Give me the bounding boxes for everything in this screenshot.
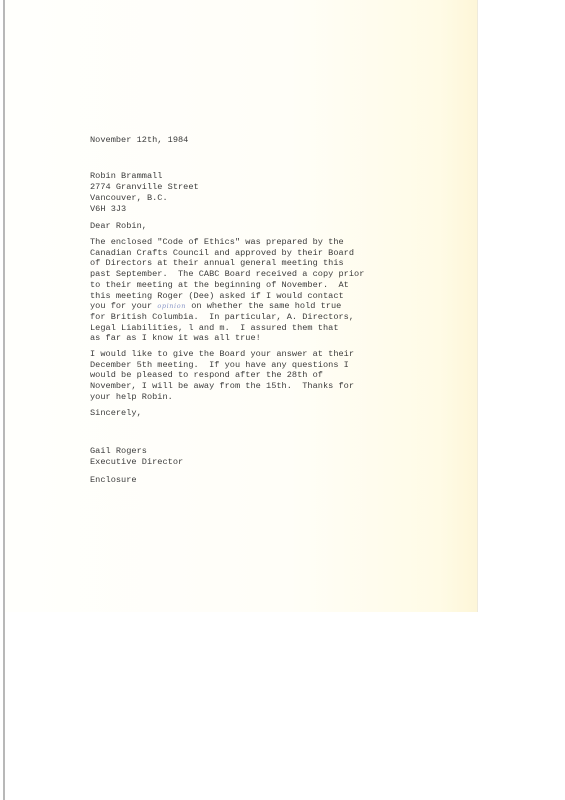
- paragraph-line: as far as I know it was all true!: [90, 333, 261, 344]
- typed-text: on whether the same hold true: [186, 301, 341, 311]
- signature-block: Gail Rogers Executive Director: [90, 420, 121, 460]
- paragraph-line: Legal Liabilities, l and m. I assured th…: [90, 323, 339, 334]
- letter-date: November 12th, 1984: [90, 135, 188, 146]
- handwritten-annotation: opinion: [157, 302, 186, 310]
- paragraph-line: of Directors at their annual general mee…: [90, 258, 344, 269]
- paragraph-line: would be pleased to respond after the 28…: [90, 370, 323, 381]
- signatory-name: Gail Rogers: [90, 446, 147, 457]
- paragraph-line: Canadian Crafts Council and approved by …: [90, 248, 354, 259]
- paragraph-line: November, I will be away from the 15th. …: [90, 381, 354, 392]
- recipient-city: Vancouver, B.C.: [90, 193, 168, 204]
- scanned-page: November 12th, 1984 Robin Brammall 2774 …: [0, 0, 565, 800]
- recipient-postal-code: V6H 3J3: [90, 204, 126, 215]
- paragraph-line: I would like to give the Board your answ…: [90, 349, 354, 360]
- recipient-name: Robin Brammall: [90, 171, 162, 182]
- recipient-address: Robin Brammall 2774 Granville Street Van…: [90, 40, 121, 100]
- paragraph-line: past September. The CABC Board received …: [90, 269, 364, 280]
- enclosure-note: Enclosure: [90, 475, 137, 486]
- letter-body: November 12th, 1984 Robin Brammall 2774 …: [90, 0, 121, 500]
- signatory-title: Executive Director: [90, 457, 183, 468]
- paragraph-line: this meeting Roger (Dee) asked if I woul…: [90, 291, 344, 302]
- recipient-street: 2774 Granville Street: [90, 182, 199, 193]
- paragraph-line-annotated: you for your opinion on whether the same…: [90, 301, 341, 312]
- paper-right-edge: [477, 0, 478, 612]
- paragraph-line: for British Columbia. In particular, A. …: [90, 312, 354, 323]
- salutation: Dear Robin,: [90, 221, 147, 232]
- closing: Sincerely,: [90, 408, 142, 419]
- paragraph-line: The enclosed "Code of Ethics" was prepar…: [90, 237, 344, 248]
- paragraph-line: to their meeting at the beginning of Nov…: [90, 280, 349, 291]
- paragraph-line: your help Robin.: [90, 392, 173, 403]
- typed-text: you for your: [90, 301, 157, 311]
- paragraph-line: December 5th meeting. If you have any qu…: [90, 360, 349, 371]
